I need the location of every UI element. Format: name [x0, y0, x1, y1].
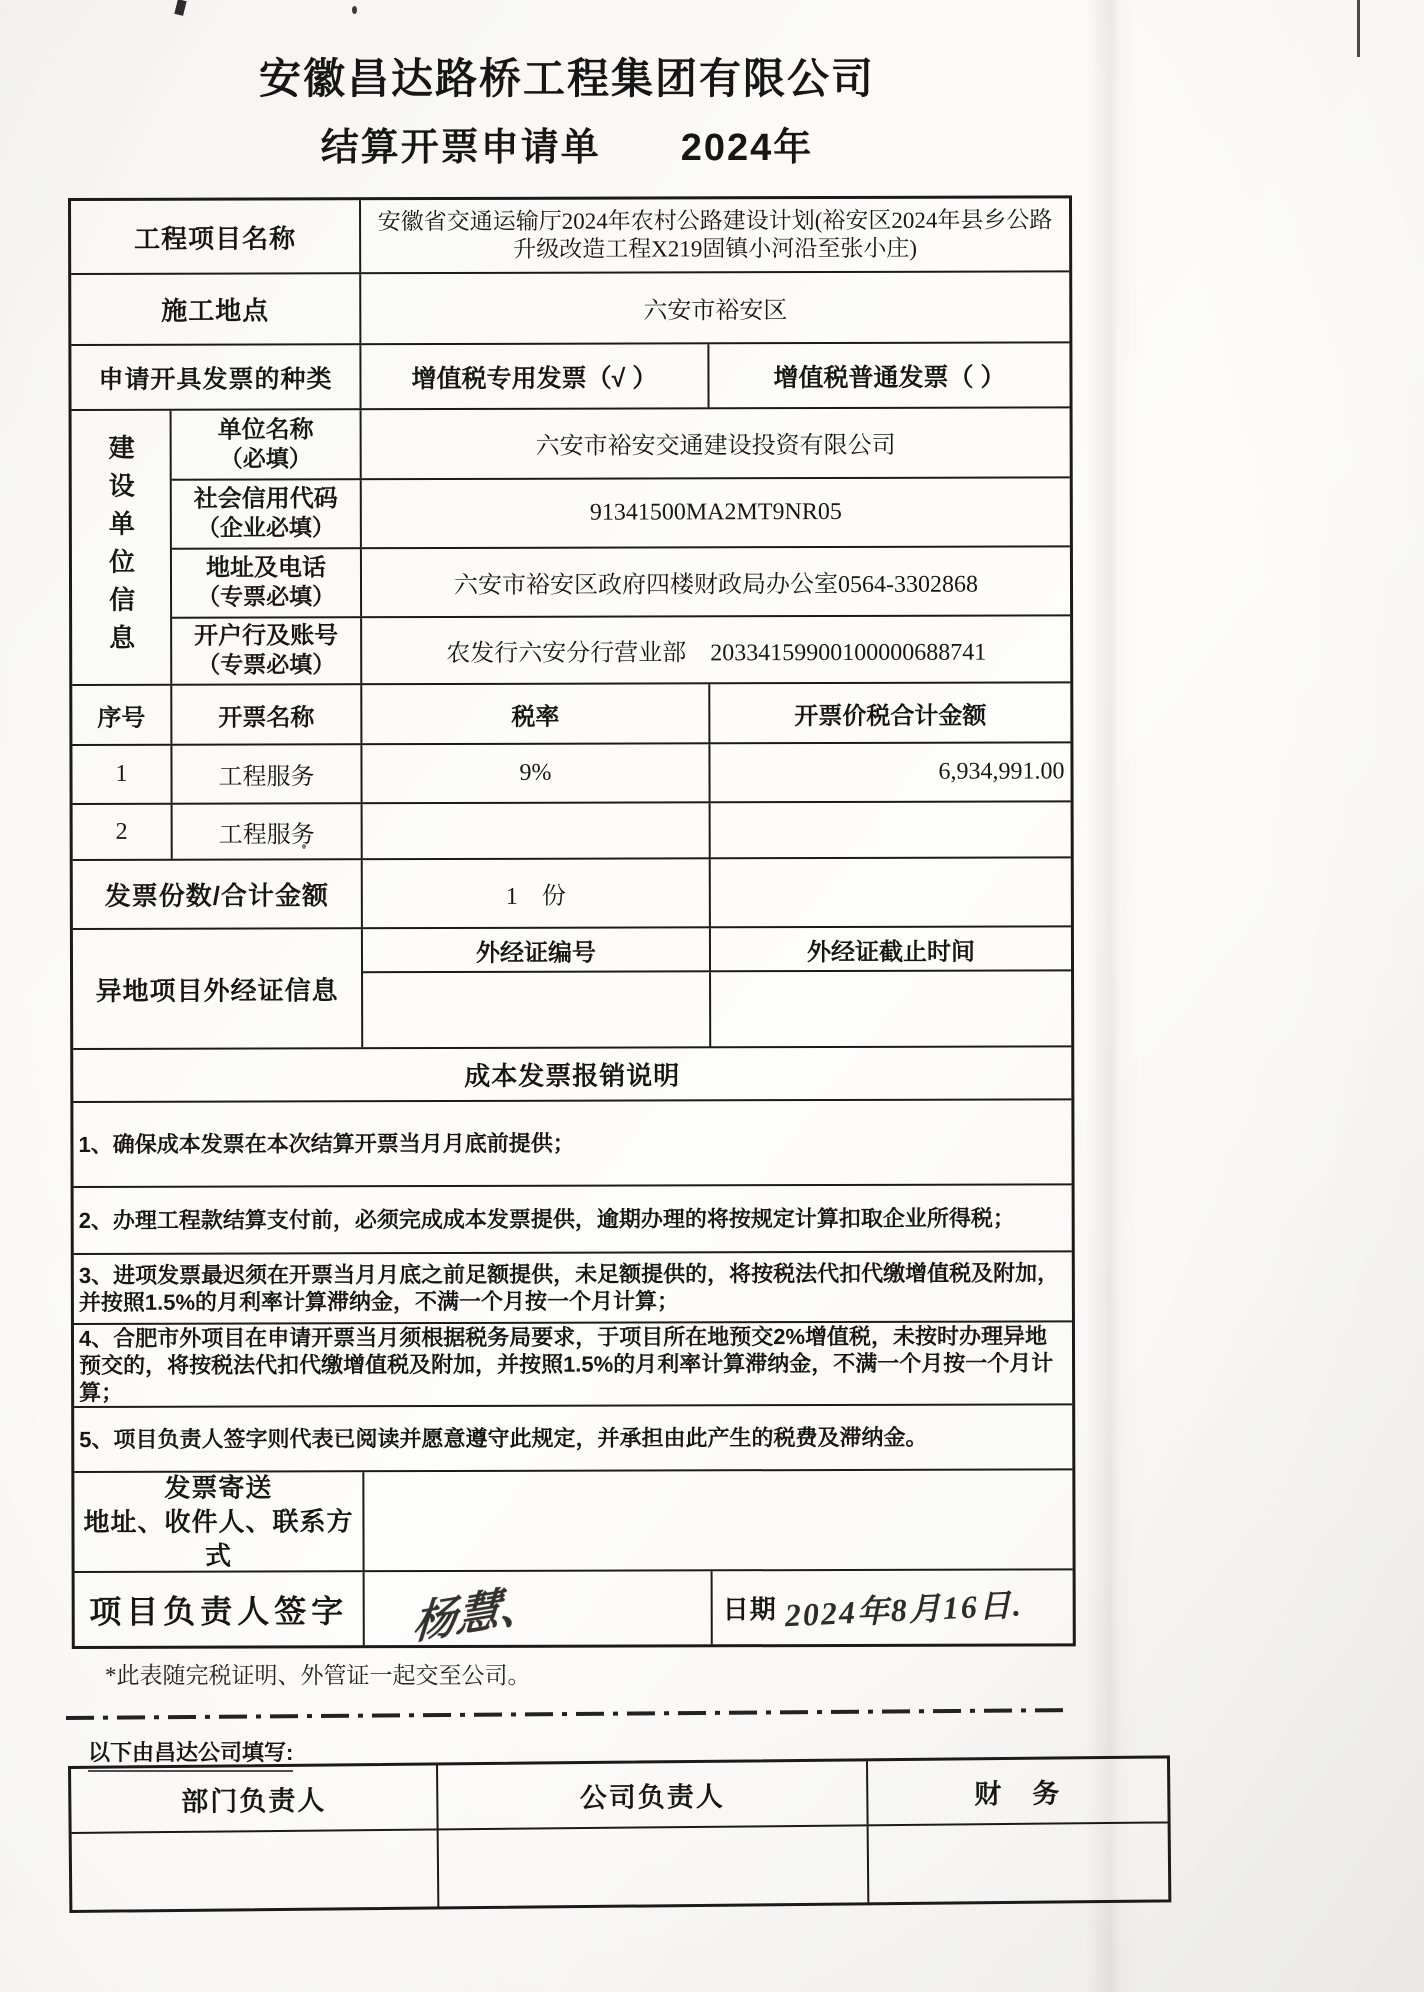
invoice-count-label: 发票份数/合计金额 [73, 860, 363, 928]
scan-artifact-mark [174, 0, 186, 16]
bank-value: 农发行六安分行营业部 20334159900100000688741 [362, 616, 1070, 683]
items-header-row: 序号 开票名称 税率 开票价税合计金额 [72, 683, 1070, 746]
note-row-1: 1、确保成本发票在本次结算开票当月月底前提供； [73, 1100, 1071, 1188]
note-2: 2、办理工程款结算支付前，必须完成成本发票提供，逾期办理的将按规定计算扣取企业所… [74, 1185, 1072, 1253]
note-row-2: 2、办理工程款结算支付前，必须完成成本发票提供，逾期办理的将按规定计算扣取企业所… [74, 1185, 1072, 1255]
invoice-count-row: 发票份数/合计金额 1 份 [73, 858, 1071, 930]
address-label-sub: （专票必填） [197, 583, 335, 611]
item-row-2: 2 工程服务 [73, 802, 1071, 861]
item1-no: 1 [72, 746, 172, 803]
title-block: 安徽昌达路桥工程集团有限公司 结算开票申请单 2024年 [0, 56, 1134, 171]
bank-label-main: 开户行及账号 [194, 623, 338, 651]
items-header-no: 序号 [72, 686, 172, 744]
permit-value-row [363, 972, 1071, 1048]
mailing-value [364, 1470, 1072, 1570]
unit-name-label-sub: （必填） [220, 444, 312, 472]
items-header-amount: 开票价税合计金额 [710, 683, 1070, 742]
mailing-label-line2: 地址、收件人、联系方式 [74, 1504, 362, 1571]
footnote: *此表随完税证明、外管证一起交至公司。 [105, 1657, 531, 1690]
approval-header-finance: 财 务 [868, 1758, 1168, 1824]
approval-header-dept: 部门负责人 [71, 1765, 439, 1832]
bank-label: 开户行及账号 （专票必填） [172, 618, 362, 684]
builder-row-bank: 开户行及账号 （专票必填） 农发行六安分行营业部 203341599001000… [172, 616, 1070, 684]
permit-block: 异地项目外经证信息 外经证编号 外经证截止时间 [73, 927, 1071, 1050]
builder-info-block: 建设单位信息 单位名称 （必填） 六安市裕安交通建设投资有限公司 社会信用代码 … [72, 408, 1071, 686]
credit-code-label-main: 社会信用代码 [194, 486, 338, 514]
item-row-1: 1 工程服务 9% 6,934,991.00 [72, 743, 1070, 805]
mailing-label: 发票寄送 地址、收件人、联系方式 [74, 1472, 364, 1571]
mailing-label-line1: 发票寄送 [164, 1472, 272, 1505]
site-label: 施工地点 [71, 274, 361, 344]
approval-value-dept [72, 1830, 440, 1910]
scan-artifact-dot [352, 6, 357, 14]
approval-header-company: 公司负责人 [438, 1761, 869, 1828]
builder-rows: 单位名称 （必填） 六安市裕安交通建设投资有限公司 社会信用代码 （企业必填） … [172, 408, 1071, 683]
item2-amount [711, 802, 1071, 857]
builder-row-credit-code: 社会信用代码 （企业必填） 91341500MA2MT9NR05 [172, 478, 1070, 550]
permit-no-header: 外经证编号 [363, 928, 711, 971]
date-cell: 日期 2024年8月16日. [713, 1570, 1073, 1644]
signature-cell: 杨慧、 [365, 1571, 713, 1645]
form-title: 结算开票申请单 2024年 [0, 116, 1134, 171]
site-row: 施工地点 六安市裕安区 [71, 272, 1069, 346]
cut-separator-line [66, 1708, 1068, 1720]
credit-code-label: 社会信用代码 （企业必填） [172, 480, 362, 548]
mailing-row: 发票寄送 地址、收件人、联系方式 [74, 1470, 1072, 1573]
permit-grid: 外经证编号 外经证截止时间 [363, 927, 1071, 1047]
note-4: 4、合肥市外项目在申请开票当月须根据税务局要求，于项目所在地预交2%增值税，未按… [74, 1322, 1072, 1406]
invoice-count-amount [711, 858, 1071, 926]
unit-name-label: 单位名称 （必填） [172, 410, 362, 478]
note-row-3: 3、进项发票最迟须在开票当月月底之前足额提供，未足额提供的，将按税法代扣代缴增值… [74, 1252, 1072, 1325]
item2-rate [363, 803, 711, 858]
site-value: 六安市裕安区 [361, 272, 1069, 343]
invoice-type-label: 申请开具发票的种类 [71, 345, 361, 409]
approval-value-row [72, 1823, 1169, 1910]
credit-code-label-sub: （企业必填） [197, 514, 335, 542]
address-value: 六安市裕安区政府四楼财政局办公室0564-3302868 [362, 547, 1070, 615]
note-row-4: 4、合肥市外项目在申请开票当月须根据税务局要求，于项目所在地预交2%增值税，未按… [74, 1322, 1072, 1408]
item2-no: 2 [73, 805, 173, 859]
item2-name: 工程服务 [173, 804, 363, 858]
credit-code-value: 91341500MA2MT9NR05 [362, 478, 1070, 547]
builder-group-label: 建设单位信息 [72, 411, 173, 684]
signer-label: 项目负责人签字 [75, 1572, 365, 1646]
unit-name-label-main: 单位名称 [218, 416, 314, 444]
permit-label: 异地项目外经证信息 [73, 929, 363, 1048]
project-name-value: 安徽省交通运输厅2024年农村公路建设计划(裕安区2024年县乡公路升级改造工程… [361, 198, 1069, 272]
date-label: 日期 [723, 1589, 777, 1626]
items-header-name: 开票名称 [172, 685, 362, 743]
approval-value-company [439, 1826, 870, 1906]
approval-table: 部门负责人 公司负责人 财 务 [68, 1755, 1171, 1913]
address-label-main: 地址及电话 [206, 555, 326, 583]
main-form-table: 工程项目名称 安徽省交通运输厅2024年农村公路建设计划(裕安区2024年县乡公… [68, 195, 1076, 1649]
scanned-invoice-request-form: 安徽昌达路桥工程集团有限公司 结算开票申请单 2024年 工程项目名称 安徽省交… [0, 0, 1424, 1992]
items-header-rate: 税率 [362, 684, 710, 743]
builder-row-address: 地址及电话 （专票必填） 六安市裕安区政府四楼财政局办公室0564-330286… [172, 547, 1070, 618]
item1-rate: 9% [362, 744, 710, 802]
permit-deadline-header: 外经证截止时间 [711, 927, 1071, 970]
invoice-type-row: 申请开具发票的种类 增值税专用发票（√ ） 增值税普通发票（ ） [71, 343, 1069, 411]
permit-no-value [363, 973, 711, 1048]
note-1: 1、确保成本发票在本次结算开票当月月底前提供； [73, 1100, 1071, 1186]
note-5: 5、项目负责人签字则代表已阅读并愿意遵守此规定，并承担由此产生的税费及滞纳金。 [74, 1405, 1072, 1471]
unit-name-value: 六安市裕安交通建设投资有限公司 [362, 408, 1070, 477]
notes-title-row: 成本发票报销说明 [73, 1047, 1071, 1103]
invoice-type-special: 增值税专用发票（√ ） [361, 344, 709, 408]
bank-label-sub: （专票必填） [197, 651, 335, 679]
address-label: 地址及电话 （专票必填） [172, 549, 362, 616]
builder-row-name: 单位名称 （必填） 六安市裕安交通建设投资有限公司 [172, 408, 1070, 480]
paper-fold-shadow [1086, 0, 1140, 1992]
project-name-label: 工程项目名称 [71, 200, 361, 273]
signature-row: 项目负责人签字 杨慧、 日期 2024年8月16日. [75, 1570, 1073, 1646]
note-row-5: 5、项目负责人签字则代表已阅读并愿意遵守此规定，并承担由此产生的税费及滞纳金。 [74, 1405, 1072, 1473]
permit-deadline-value [711, 972, 1071, 1047]
permit-header-row: 外经证编号 外经证截止时间 [363, 927, 1071, 973]
notes-title: 成本发票报销说明 [73, 1047, 1071, 1101]
item1-amount: 6,934,991.00 [710, 743, 1070, 801]
date-handwriting: 2024年8月16日. [784, 1579, 1024, 1636]
company-title: 安徽昌达路桥工程集团有限公司 [0, 56, 1134, 102]
approval-value-finance [869, 1823, 1169, 1902]
approval-header-row: 部门负责人 公司负责人 财 务 [71, 1758, 1168, 1834]
note-3: 3、进项发票最迟须在开票当月月底之前足额提供，未足额提供的，将按税法代扣代缴增值… [74, 1252, 1072, 1323]
scan-artifact-line [1357, 0, 1360, 57]
signature-handwriting: 杨慧、 [411, 1571, 547, 1645]
invoice-type-general: 增值税普通发票（ ） [709, 343, 1069, 407]
item1-name: 工程服务 [172, 745, 362, 802]
invoice-count-value: 1 份 [363, 859, 711, 927]
project-name-row: 工程项目名称 安徽省交通运输厅2024年农村公路建设计划(裕安区2024年县乡公… [71, 198, 1069, 275]
